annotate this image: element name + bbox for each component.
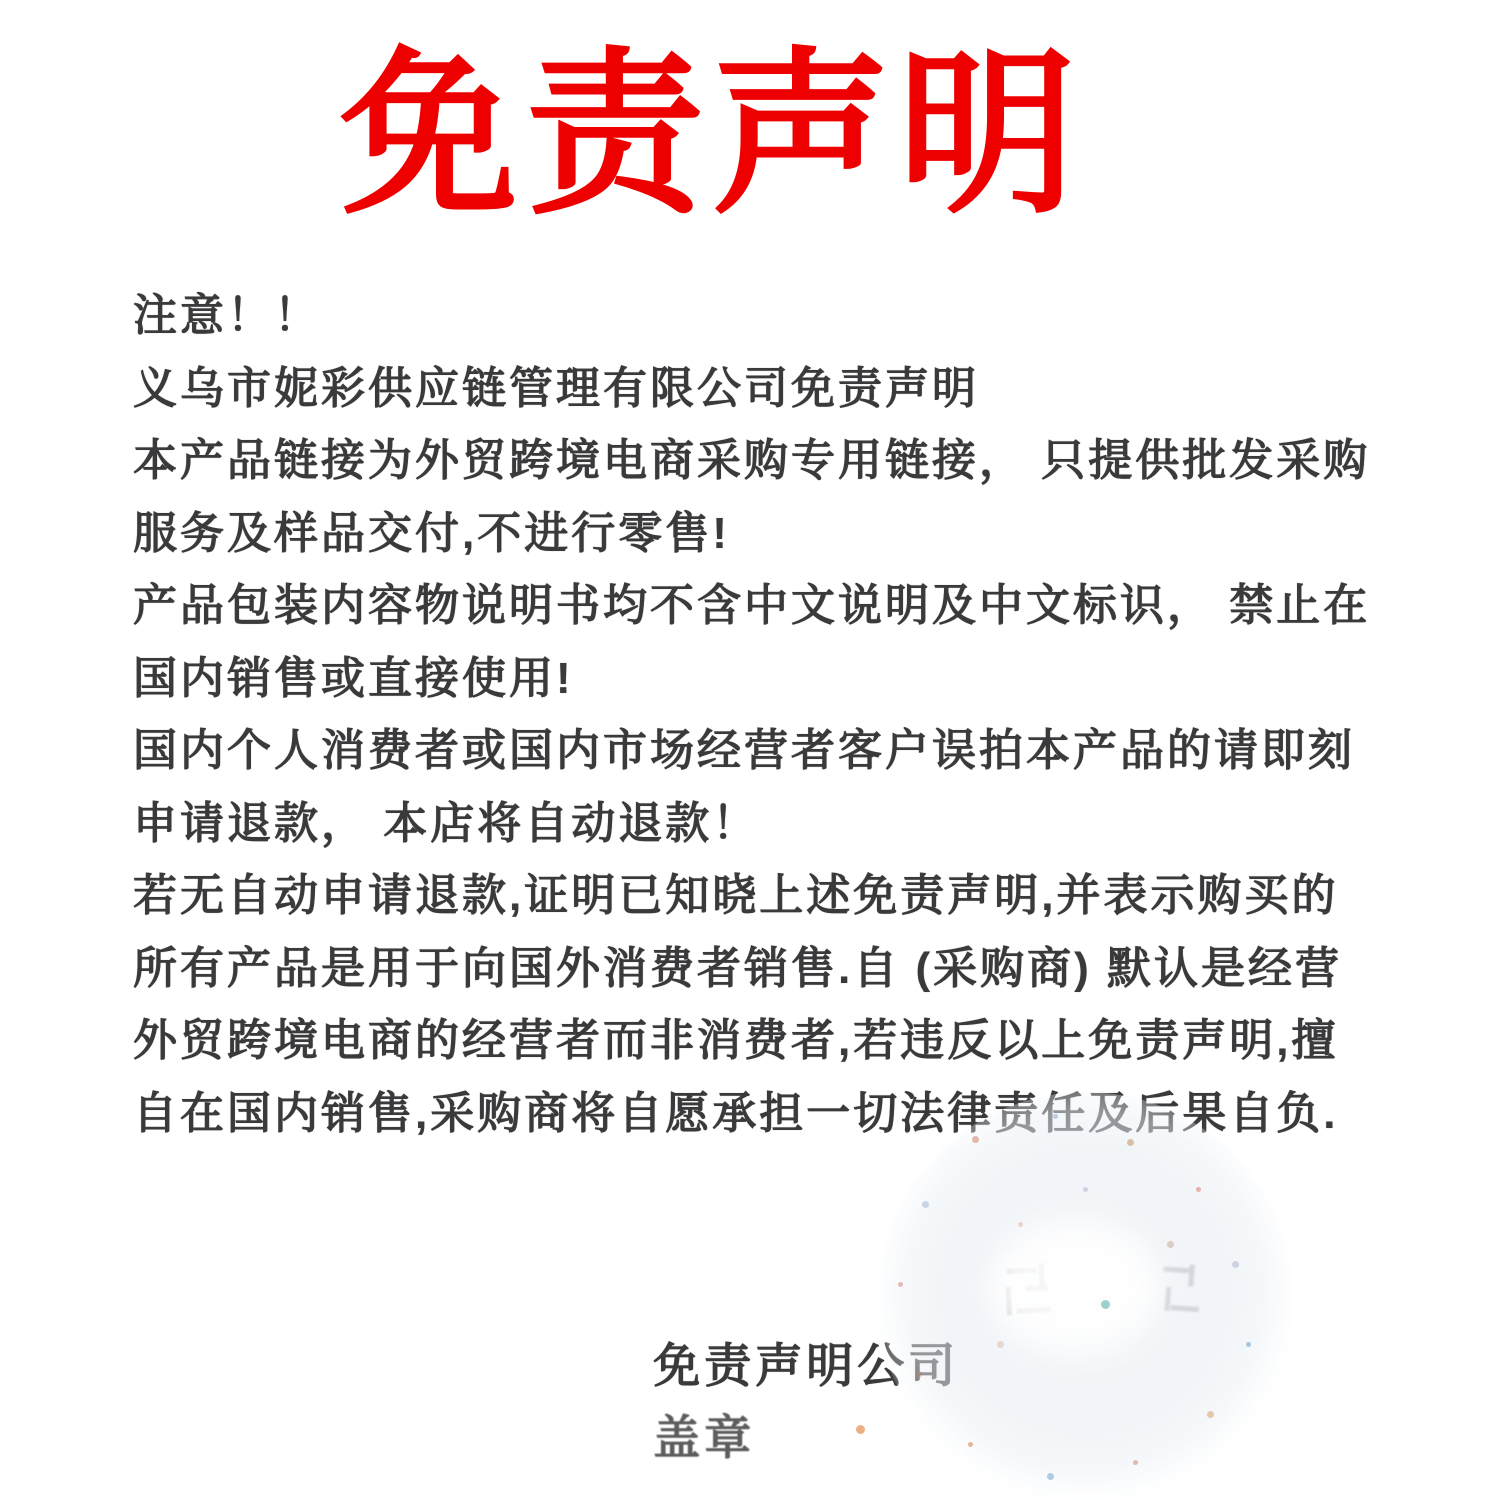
body-line-6: 国内销售或直接使用! xyxy=(133,643,1413,716)
body-line-9: 若无自动申请退款,证明已知晓上述免责声明,并表示购买的 xyxy=(133,860,1413,933)
seal-caption-faded-text: 盖章 xyxy=(653,1411,755,1464)
disclaimer-page: 免责声明 注意！！ 义乌市妮彩供应链管理有限公司免责声明 本产品链接为外贸跨境电… xyxy=(0,0,1500,1500)
company-stamp-icon xyxy=(878,1092,1293,1500)
body-line-5: 产品包装内容物说明书均不含中文说明及中文标识， 禁止在 xyxy=(133,570,1413,643)
body-line-1: 注意！！ xyxy=(133,280,1413,353)
body-line-4: 服务及样品交付,不进行零售! xyxy=(133,498,1413,571)
body-line-7: 国内个人消费者或国内市场经营者客户误拍本产品的请即刻 xyxy=(133,715,1413,788)
body-line-11: 外贸跨境电商的经营者而非消费者,若违反以上免责声明,擅 xyxy=(133,1005,1413,1078)
disclaimer-body: 注意！！ 义乌市妮彩供应链管理有限公司免责声明 本产品链接为外贸跨境电商采购专用… xyxy=(133,280,1413,1150)
body-line-2: 义乌市妮彩供应链管理有限公司免责声明 xyxy=(133,353,1413,426)
body-line-10: 所有产品是用于向国外消费者销售.自 (采购商) 默认是经营 xyxy=(133,933,1413,1006)
body-line-12: 自在国内销售,采购商将自愿承担一切法律责任及后果自负. xyxy=(133,1078,1413,1151)
page-title: 免责声明 xyxy=(0,30,1424,240)
body-line-3: 本产品链接为外贸跨境电商采购专用链接， 只提供批发采购 xyxy=(133,425,1413,498)
body-line-8: 申请退款， 本店将自动退款！ xyxy=(133,788,1413,861)
